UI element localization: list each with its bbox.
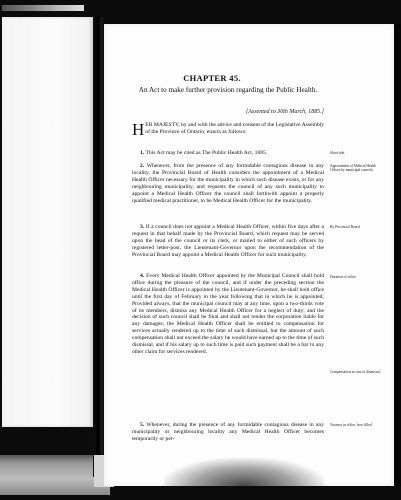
left-page-blank — [2, 17, 93, 427]
act-title: An Act to make further provision regardi… — [132, 86, 324, 95]
section-number: 2. — [140, 163, 144, 169]
margin-note-provincial-board: By Provincial Board. — [330, 225, 382, 229]
book-gutter — [93, 17, 103, 477]
section-text: Whenever, from the presence of any formi… — [132, 163, 324, 204]
chapter-heading: CHAPTER 45. — [172, 73, 252, 83]
section-4: 4. Every Medical Health Officer appointe… — [132, 273, 324, 356]
section-text: Every Medical Health Officer appointed b… — [132, 273, 324, 355]
section-number: 3. — [140, 224, 144, 230]
section-text: If a council does not appoint a Medical … — [132, 224, 324, 258]
margin-note-compensation: Compensation in case of dismissal. — [330, 370, 382, 374]
scan-smudge — [164, 458, 324, 486]
drop-cap: H — [132, 122, 144, 137]
margin-note-appointment: Appointment of Medical Health Officer by… — [330, 164, 382, 172]
section-1: 1. This Act may be cited as The Public H… — [132, 150, 324, 157]
section-number: 1. — [140, 150, 144, 156]
section-2: 2. Whenever, from the presence of any fo… — [132, 163, 324, 204]
enacting-text: ER MAJESTY, by and with the advice and c… — [145, 122, 324, 135]
margin-note-duration: Duration of office. — [330, 275, 382, 279]
assent-date: [Assented to 30th March, 1885.] — [184, 109, 324, 115]
enacting-clause: HER MAJESTY, by and with the advice and … — [132, 122, 324, 137]
section-3: 3. If a council does not appoint a Medic… — [132, 224, 324, 259]
section-text: This Act may be cited as The Public Heal… — [146, 150, 268, 156]
right-page: CHAPTER 45. An Act to make further provi… — [104, 24, 394, 486]
section-number: 4. — [140, 273, 144, 279]
right-scan-border — [394, 24, 401, 486]
section-number: 5. — [140, 422, 144, 428]
section-text: Whenever, during the presence of any for… — [132, 422, 324, 442]
section-5: 5. Whenever, during the presence of any … — [132, 422, 324, 443]
margin-note-short-title: Short title. — [330, 151, 382, 155]
left-page-top-edge — [2, 5, 84, 11]
margin-note-vacancy: Vacancy in office, how filled. — [330, 423, 382, 427]
